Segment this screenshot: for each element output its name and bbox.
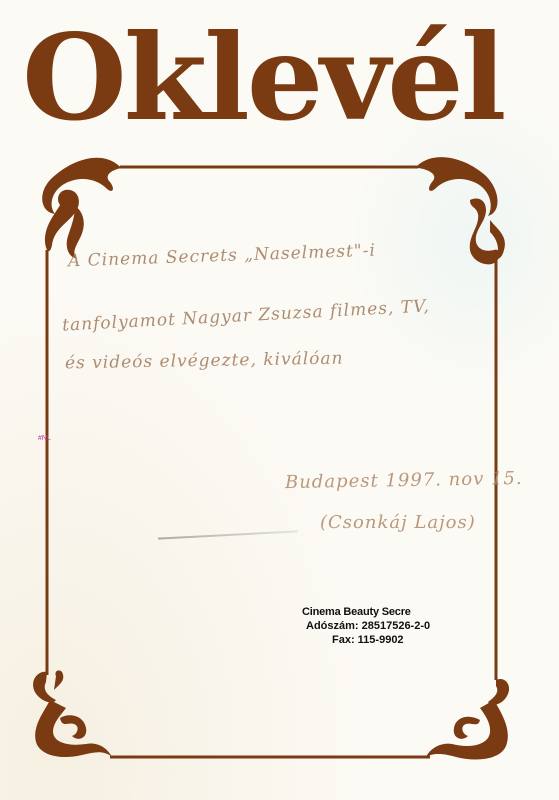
pink-ink-mark: #NL xyxy=(38,435,54,440)
stamp-fax: Fax: 115-9902 xyxy=(302,633,430,647)
corner-ornament-top-left xyxy=(42,158,122,258)
company-stamp: Cinema Beauty Secre Adószám: 28517526-2-… xyxy=(302,605,430,647)
place-and-date: Budapest 1997. nov 15. xyxy=(285,468,523,493)
stamp-tax-number: Adószám: 28517526-2-0 xyxy=(302,619,430,633)
ornamental-frame xyxy=(0,0,559,800)
signature: (Csonkáj Lajos) xyxy=(320,512,476,533)
corner-ornament-bottom-right xyxy=(426,679,509,760)
corner-ornament-bottom-left xyxy=(33,670,112,757)
corner-ornament-top-right xyxy=(418,157,505,264)
stamp-company-name: Cinema Beauty Secre xyxy=(302,605,430,619)
